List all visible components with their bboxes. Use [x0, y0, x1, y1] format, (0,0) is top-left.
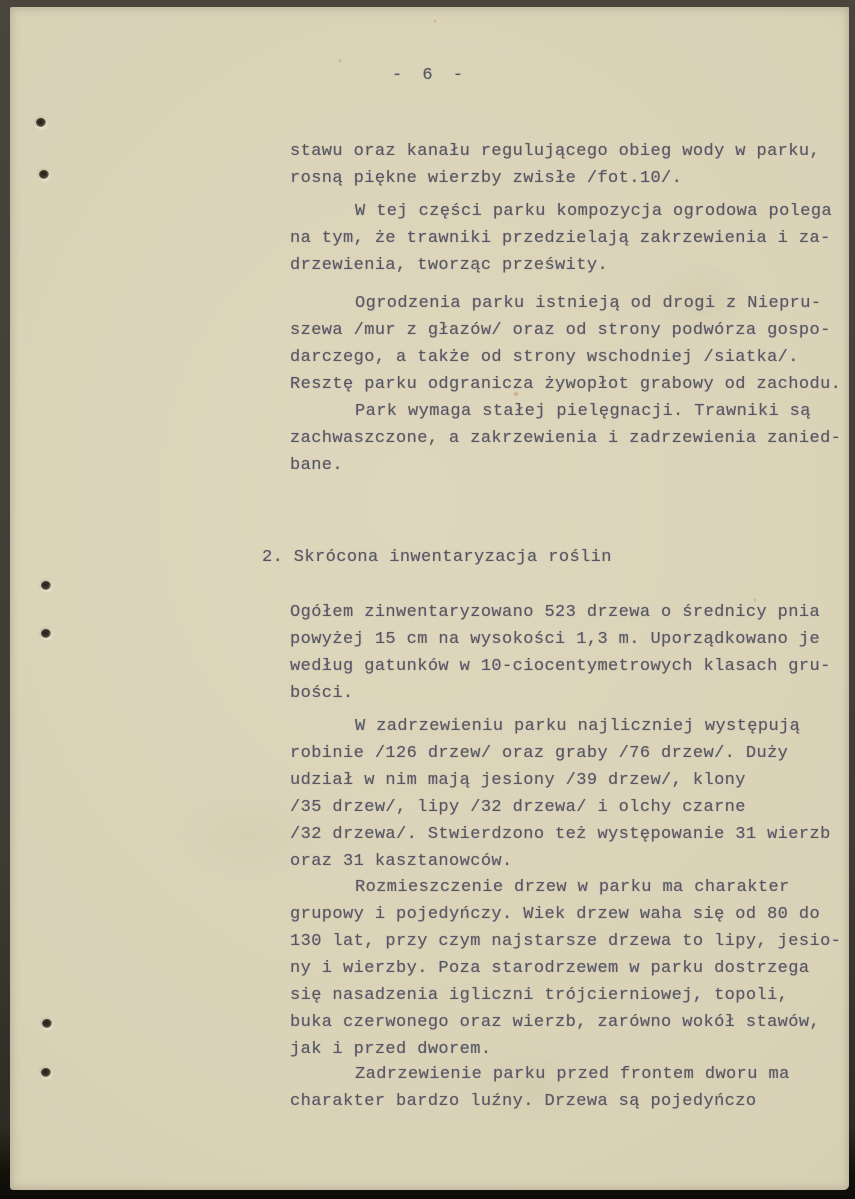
- paragraph: W zadrzewieniu parku najliczniej występu…: [290, 713, 852, 875]
- punch-hole-mark: [42, 1019, 52, 1028]
- section-heading: 2. Skrócona inwentaryzacja roślin: [262, 544, 612, 571]
- page-number: - 6 -: [392, 62, 468, 89]
- paragraph: Zadrzewienie parku przed frontem dworu m…: [290, 1061, 852, 1115]
- paragraph: Park wymaga stałej pielęgnacji. Trawniki…: [290, 398, 852, 479]
- paper-sheet: - 6 - stawu oraz kanału regulującego obi…: [10, 7, 849, 1190]
- scanned-page-background: - 6 - stawu oraz kanału regulującego obi…: [0, 0, 855, 1199]
- paragraph: Ogółem zinwentaryzowano 523 drzewa o śre…: [290, 599, 852, 707]
- paragraph: Ogrodzenia parku istnieją od drogi z Nie…: [290, 290, 852, 398]
- punch-hole-mark: [41, 1068, 51, 1077]
- paragraph-continuation: stawu oraz kanału regulującego obieg wod…: [290, 138, 852, 192]
- punch-hole-mark: [41, 629, 51, 638]
- paragraph: Rozmieszczenie drzew w parku ma charakte…: [290, 874, 852, 1063]
- punch-hole-mark: [39, 170, 49, 179]
- punch-hole-mark: [36, 118, 46, 127]
- punch-hole-mark: [41, 581, 51, 590]
- paragraph: W tej części parku kompozycja ogrodowa p…: [290, 198, 852, 279]
